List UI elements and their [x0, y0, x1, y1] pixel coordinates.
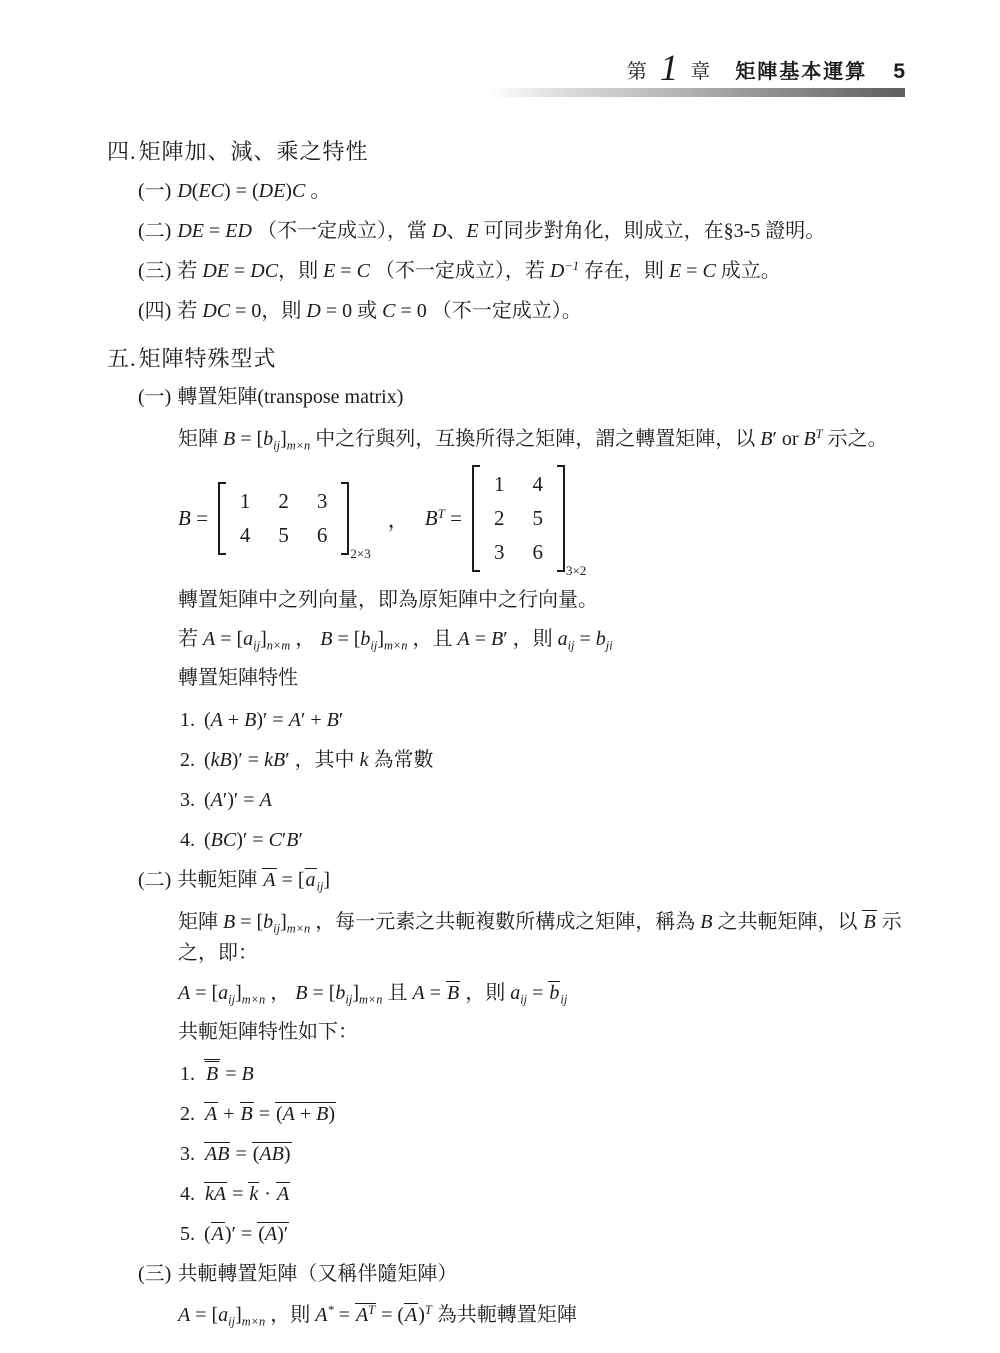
section4-item-3: (三)若 DE = DC，則 E = C （不一定成立），若 D−1 存在，則 …: [138, 258, 928, 285]
transpose-note-2: 若 A = [aij]n×m ， B = [bij]m×n ，且 A = B′ …: [178, 625, 1000, 654]
matrix-b-cells: 1 2 3 4 5 6: [226, 482, 342, 555]
document-page: 第 1 章 矩陣基本運算 5 四.矩陣加、減、乘之特性 (一)D(EC) = (…: [0, 0, 1000, 1353]
sub1-description: 矩陣 B = [bij]m×n 中之行與列，互換所得之矩陣，謂之轉置矩陣，以 B…: [178, 424, 908, 455]
chapter-number: 1: [658, 52, 681, 85]
formula: (A + B)′ = A′ + B′: [204, 709, 343, 731]
formula: 若 DE = DC，則 E = C （不一定成立），若 D−1 存在，則 E =…: [177, 260, 780, 282]
conjugate-prop-4: 4.kA = k · A: [180, 1181, 1000, 1207]
section5-title: 矩陣特殊型式: [139, 346, 277, 371]
section4-label: 四.: [107, 139, 137, 164]
conjugate-formula: A = [aij]m×n ， B = [bij]m×n 且 A = B ，則 a…: [178, 979, 1000, 1008]
chapter-prefix: 第: [627, 55, 648, 84]
section4-item-2: (二)DE = ED （不一定成立），當 D、E 可同步對角化，則成立，在§3-…: [138, 218, 928, 245]
section5-heading: 五.矩陣特殊型式: [107, 345, 1000, 373]
formula: (kB)′ = kB′ ，其中 k 為常數: [204, 749, 433, 771]
formula: AB = (AB): [204, 1143, 292, 1165]
right-bracket: [341, 482, 349, 555]
formula: DE = ED （不一定成立），當 D、E 可同步對角化，則成立，在§3-5 證…: [177, 220, 825, 242]
formula: 若 DC = 0，則 D = 0 或 C = 0 （不一定成立）。: [177, 300, 581, 322]
left-bracket: [218, 482, 226, 555]
section4-item-4: (四)若 DC = 0，則 D = 0 或 C = 0 （不一定成立）。: [138, 298, 928, 325]
conjugate-transpose-formula: A = [aij]m×n ，則 A* = AT = (A)T 為共軛轉置矩陣: [178, 1301, 1000, 1330]
conjugate-prop-1: 1.B = B: [180, 1059, 1000, 1087]
page-number: 5: [893, 60, 905, 84]
conjugate-prop-2: 2.A + B = (A + B): [180, 1101, 1000, 1127]
formula: (BC)′ = C′B′: [204, 829, 303, 851]
transpose-prop-3: 3.(A′)′ = A: [180, 787, 1000, 813]
chapter-word: 章: [690, 55, 711, 84]
transpose-prop-1: 1.(A + B)′ = A′ + B′: [180, 707, 1000, 733]
matrix-bt-cells: 1 4 2 5 3 6: [480, 465, 557, 572]
conjugate-note: 共軛矩陣特性如下：: [178, 1018, 1000, 1047]
formula: kA = k · A: [204, 1183, 290, 1205]
section4-item-1: (一)D(EC) = (DE)C 。: [138, 178, 928, 205]
transpose-prop-2: 2.(kB)′ = kB′ ，其中 k 為常數: [180, 747, 1000, 773]
matrix-bt-lhs: BT =: [425, 506, 462, 531]
section4-heading: 四.矩陣加、減、乘之特性: [107, 138, 1000, 166]
sub3-heading: (三)共軛轉置矩陣（又稱伴隨矩陣）: [138, 1261, 928, 1288]
transpose-note-3: 轉置矩陣特性: [178, 664, 1000, 693]
matrix-b-transpose: 1 4 2 5 3 6 3×2: [472, 465, 585, 572]
matrix-b-dimension: 2×3: [350, 546, 370, 562]
formula: D(EC) = (DE)C 。: [177, 180, 330, 202]
conjugate-prop-3: 3.AB = (AB): [180, 1141, 1000, 1167]
header-gradient-rule: [488, 88, 905, 97]
separator: ，: [388, 504, 409, 534]
matrix-b: 1 2 3 4 5 6 2×3: [218, 482, 370, 555]
sub2-description: 矩陣 B = [bij]m×n ，每一元素之共軛複數所構成之矩陣，稱為 B 之共…: [178, 907, 908, 969]
formula: B = B: [204, 1063, 254, 1085]
conjugate-prop-5: 5.(A)′ = (A)′: [180, 1221, 1000, 1247]
left-bracket: [472, 465, 480, 572]
sub1-title: 轉置矩陣(transpose matrix): [177, 386, 403, 408]
formula: (A)′ = (A)′: [204, 1223, 289, 1245]
matrix-equation: B = 1 2 3 4 5 6 2×3 ， BT = 1: [178, 465, 1000, 572]
sub3-title: 共軛轉置矩陣（又稱伴隨矩陣）: [177, 1263, 457, 1285]
matrix-b-lhs: B =: [178, 506, 208, 531]
matrix-bt-dimension: 3×2: [566, 563, 586, 579]
transpose-note-1: 轉置矩陣中之列向量，即為原矩陣中之行向量。: [178, 586, 1000, 615]
right-bracket: [557, 465, 565, 572]
sub2-heading: (二)共軛矩陣 A = [aij]: [138, 867, 928, 894]
formula: (A′)′ = A: [204, 789, 272, 811]
section5-label: 五.: [107, 346, 137, 371]
sub1-heading: (一)轉置矩陣(transpose matrix): [138, 384, 928, 411]
chapter-title: 矩陣基本運算: [735, 55, 867, 84]
transpose-prop-4: 4.(BC)′ = C′B′: [180, 827, 1000, 853]
page-content: 四.矩陣加、減、乘之特性 (一)D(EC) = (DE)C 。 (二)DE = …: [0, 138, 1000, 1340]
sub2-title: 共軛矩陣 A = [aij]: [177, 869, 330, 891]
running-header: 第 1 章 矩陣基本運算 5: [627, 50, 905, 84]
formula: A + B = (A + B): [204, 1103, 336, 1125]
section4-title: 矩陣加、減、乘之特性: [139, 139, 369, 164]
